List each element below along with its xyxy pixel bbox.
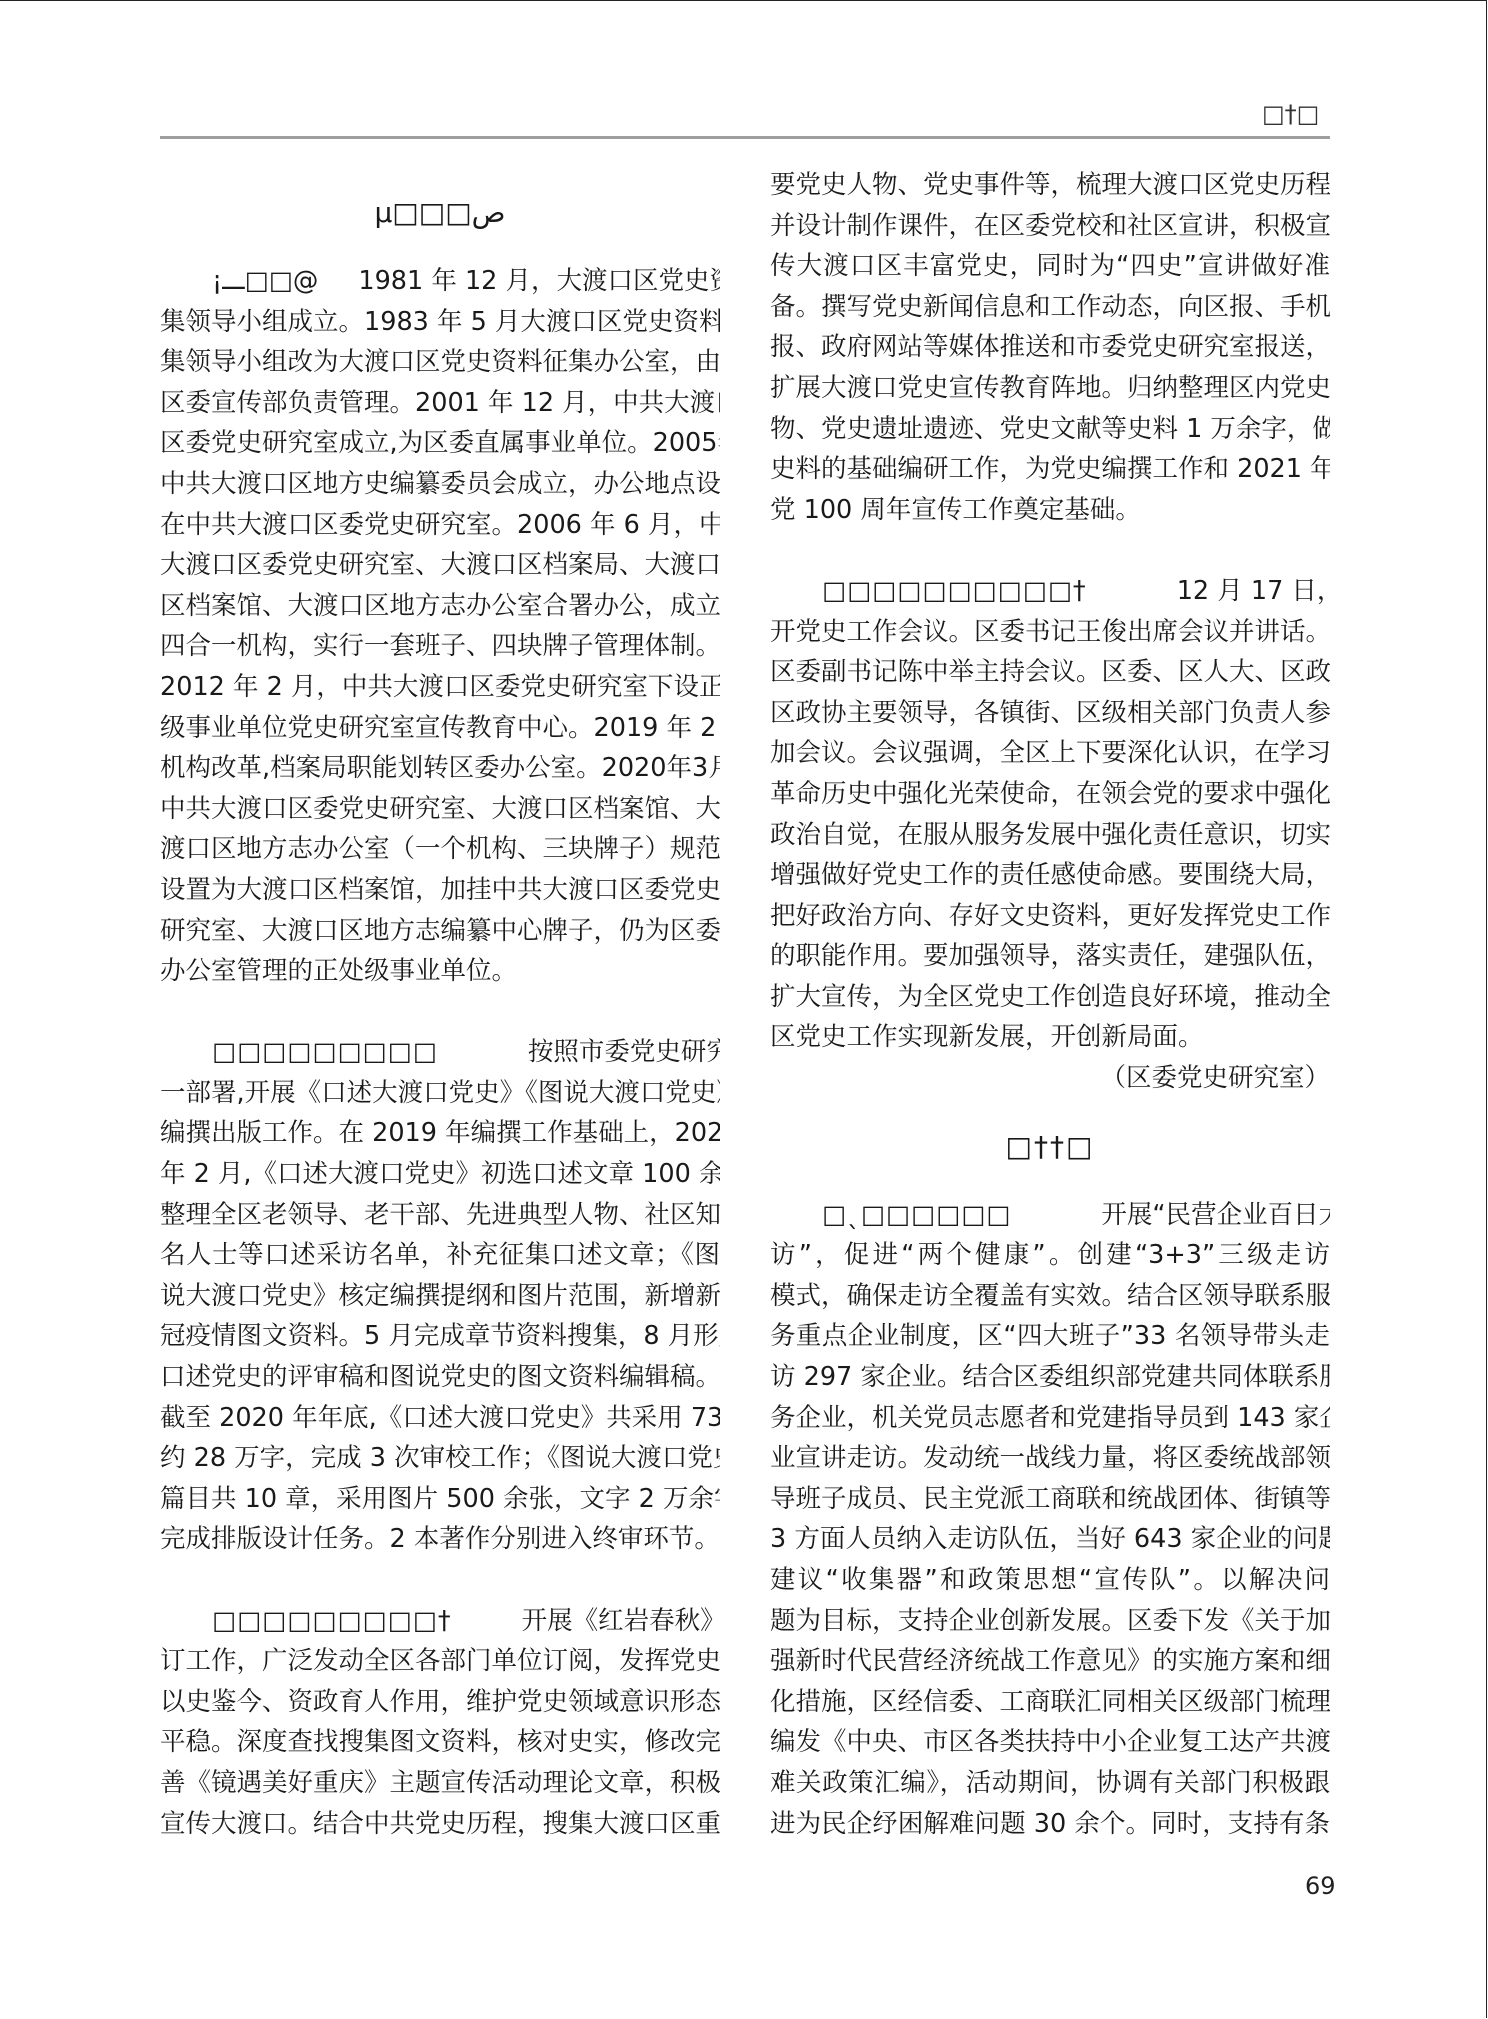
text-line: 机构改革,档案局职能划转区委办公室。2020年3月， xyxy=(160,748,720,789)
text-line: 区档案馆、大渡口区地方志办公室合署办公，成立 xyxy=(160,586,720,627)
text-line: 宣传大渡口。结合中共党史历程，搜集大渡口区重 xyxy=(160,1804,720,1845)
text-line: 化措施，区经信委、工商联汇同相关区级部门梳理 xyxy=(770,1682,1330,1723)
continuation-text: 要党史人物、党史事件等，梳理大渡口区党史历程， 并设计制作课件，在区委党校和社区… xyxy=(770,165,1330,530)
text-line: 口述党史的评审稿和图说党史的图文资料编辑稿。 xyxy=(160,1357,720,1398)
text-line: 12 月 17 日，大渡口区召 xyxy=(1177,576,1330,606)
text-line: 增强做好党史工作的责任感使命感。要围绕大局， xyxy=(770,855,1330,896)
text-line: 要党史人物、党史事件等，梳理大渡口区党史历程， xyxy=(770,165,1330,206)
text-line: 强新时代民营经济统战工作意见》的实施方案和细 xyxy=(770,1641,1330,1682)
text-line: 一部署,开展《口述大渡口党史》《图说大渡口党史》 xyxy=(160,1073,720,1114)
text-line: 约 28 万字，完成 3 次审校工作；《图说大渡口党史》 xyxy=(160,1438,720,1479)
text-line: 整理全区老领导、老干部、先进典型人物、社区知 xyxy=(160,1195,720,1236)
text-line: 业宣讲走访。发动统一战线力量，将区委统战部领 xyxy=(770,1438,1330,1479)
text-line: 集领导小组成立。1983 年 5 月大渡口区党史资料征 xyxy=(160,302,720,343)
text-line: 级事业单位党史研究室宣传教育中心。2019 年 2 月 xyxy=(160,708,720,749)
text-line: 开党史工作会议。区委书记王俊出席会议并讲话。 xyxy=(770,612,1330,653)
text-line: 篇目共 10 章，采用图片 500 余张，文字 2 万余字， xyxy=(160,1479,720,1520)
header-rule xyxy=(160,136,1330,139)
text-line: 大渡口区委党史研究室、大渡口区档案局、大渡口 xyxy=(160,545,720,586)
text-line: 编发《中央、市区各类扶持中小企业复工达产共渡 xyxy=(770,1722,1330,1763)
entry-compilation: □□□□□□□□□按照市委党史研究室的统 一部署,开展《口述大渡口党史》《图说大… xyxy=(160,1032,720,1560)
entry-lead: □ˎ□□□□□□ xyxy=(822,1195,1011,1236)
entry-first-line: □□□□□□□□□□†12 月 17 日，大渡口区召 xyxy=(770,571,1330,612)
text-line: 扩展大渡口党史宣传教育阵地。归纳整理区内党史人 xyxy=(770,368,1330,409)
text-line: 四合一机构，实行一套班子、四块牌子管理体制。 xyxy=(160,626,720,667)
text-line: 把好政治方向、存好文史资料，更好发挥党史工作 xyxy=(770,896,1330,937)
text-line: 2012 年 2 月，中共大渡口区委党史研究室下设正科 xyxy=(160,667,720,708)
source-attribution: （区委党史研究室） xyxy=(770,1058,1330,1099)
text-line: 进为民企纾困解难问题 30 余个。同时，支持有条 xyxy=(770,1804,1330,1845)
text-line: 集领导小组改为大渡口区党史资料征集办公室，由 xyxy=(160,342,720,383)
left-column: µ□□□ص ¡ـــ□□@1981 年 12 月，大渡口区党史资料征 集领导小组… xyxy=(160,165,720,1844)
text-line: 截至 2020 年年底,《口述大渡口党史》共采用 73 篇， xyxy=(160,1398,720,1439)
text-line: 中共大渡口区地方史编纂委员会成立，办公地点设 xyxy=(160,464,720,505)
text-line: 设置为大渡口区档案馆，加挂中共大渡口区委党史 xyxy=(160,870,720,911)
section-title-left: µ□□□ص xyxy=(160,193,720,233)
text-line: 名人士等口述采访名单，补充征集口述文章；《图 xyxy=(160,1235,720,1276)
text-line: 完成排版设计任务。2 本著作分别进入终审环节。 xyxy=(160,1519,720,1560)
text-line: 建议“收集器”和政策思想“宣传队”。以解决问 xyxy=(770,1560,1330,1601)
entry-lead: □□□□□□□□□□† xyxy=(822,571,1087,612)
entry-institution: ¡ـــ□□@1981 年 12 月，大渡口区党史资料征 集领导小组成立。198… xyxy=(160,261,720,992)
running-header: □†□ xyxy=(1262,100,1319,128)
text-line: 政治自觉，在服从服务发展中强化责任意识，切实 xyxy=(770,815,1330,856)
text-line: 冠疫情图文资料。5 月完成章节资料搜集，8 月形成 xyxy=(160,1316,720,1357)
text-line: 区委副书记陈中举主持会议。区委、区人大、区政府、 xyxy=(770,652,1330,693)
text-line: 开展“民营企业百日大走 xyxy=(1101,1200,1330,1230)
text-line: 题为目标，支持企业创新发展。区委下发《关于加 xyxy=(770,1601,1330,1642)
text-line: 物、党史遗址遗迹、党史文献等史料 1 万余字，做好 xyxy=(770,409,1330,450)
text-line: 年 2 月,《口述大渡口党史》初选口述文章 100 余篇， xyxy=(160,1154,720,1195)
entry-first-line: □ˎ□□□□□□开展“民营企业百日大走 xyxy=(770,1195,1330,1236)
page-number: 69 xyxy=(1305,1872,1336,1900)
text-line: 务重点企业制度，区“四大班子”33 名领导带头走 xyxy=(770,1316,1330,1357)
text-line: 办公室管理的正处级事业单位。 xyxy=(160,951,720,992)
entry-publicity: □□□□□□□□□†开展《红岩春秋》杂志征 订工作，广泛发动全区各部门单位订阅，… xyxy=(160,1601,720,1845)
entry-first-line: ¡ـــ□□@1981 年 12 月，大渡口区党史资料征 xyxy=(160,261,720,302)
entry-meeting: □□□□□□□□□□†12 月 17 日，大渡口区召 开党史工作会议。区委书记王… xyxy=(770,571,1330,1099)
section-title-right: □††□ xyxy=(770,1127,1330,1167)
text-line: 编撰出版工作。在 2019 年编撰工作基础上，2020 xyxy=(160,1113,720,1154)
text-line: 史料的基础编研工作，为党史编撰工作和 2021 年建 xyxy=(770,449,1330,490)
text-line: 研究室、大渡口区地方志编纂中心牌子，仍为区委 xyxy=(160,911,720,952)
text-line: 难关政策汇编》，活动期间，协调有关部门积极跟 xyxy=(770,1763,1330,1804)
entry-lead: ¡ـــ□□@ xyxy=(212,261,318,302)
text-line: 1981 年 12 月，大渡口区党史资料征 xyxy=(358,266,720,296)
text-line: 平稳。深度查找搜集图文资料，核对史实，修改完 xyxy=(160,1722,720,1763)
text-line: 传大渡口区丰富党史，同时为“四史”宣讲做好准 xyxy=(770,246,1330,287)
text-line: 订工作，广泛发动全区各部门单位订阅，发挥党史 xyxy=(160,1641,720,1682)
text-line: 区政协主要领导，各镇街、区级相关部门负责人参 xyxy=(770,693,1330,734)
text-line: 渡口区地方志办公室（一个机构、三块牌子）规范 xyxy=(160,829,720,870)
text-line: 并设计制作课件，在区委党校和社区宣讲，积极宣 xyxy=(770,206,1330,247)
text-line: 报、政府网站等媒体推送和市委党史研究室报送， xyxy=(770,327,1330,368)
text-line: 开展《红岩春秋》杂志征 xyxy=(522,1606,720,1636)
entry-first-line: □□□□□□□□□按照市委党史研究室的统 xyxy=(160,1032,720,1073)
text-line: 扩大宣传，为全区党史工作创造良好环境，推动全 xyxy=(770,977,1330,1018)
entry-enterprise: □ˎ□□□□□□开展“民营企业百日大走 访”，促进“两个健康”。创建“3+3”三… xyxy=(770,1195,1330,1845)
text-line: 说大渡口党史》核定编撰提纲和图片范围，新增新 xyxy=(160,1276,720,1317)
text-line: 备。撰写党史新闻信息和工作动态，向区报、手机 xyxy=(770,287,1330,328)
text-line: 在中共大渡口区委党史研究室。2006 年 6 月，中共 xyxy=(160,505,720,546)
text-line: 3 方面人员纳入走访队伍，当好 643 家企业的问题 xyxy=(770,1519,1330,1560)
text-line: 模式，确保走访全覆盖有实效。结合区领导联系服 xyxy=(770,1276,1330,1317)
text-line: 中共大渡口区委党史研究室、大渡口区档案馆、大 xyxy=(160,789,720,830)
text-line: 按照市委党史研究室的统 xyxy=(528,1037,720,1067)
entry-first-line: □□□□□□□□□†开展《红岩春秋》杂志征 xyxy=(160,1601,720,1642)
text-line: 区委宣传部负责管理。2001 年 12 月，中共大渡口 xyxy=(160,383,720,424)
text-line: 访 297 家企业。结合区委组织部党建共同体联系服 xyxy=(770,1357,1330,1398)
entry-lead: □□□□□□□□□† xyxy=(212,1601,452,1642)
text-line: 善《镜遇美好重庆》主题宣传活动理论文章，积极 xyxy=(160,1763,720,1804)
entry-lead: □□□□□□□□□ xyxy=(212,1032,438,1073)
text-line: 的职能作用。要加强领导，落实责任，建强队伍， xyxy=(770,936,1330,977)
text-line: 加会议。会议强调，全区上下要深化认识，在学习 xyxy=(770,733,1330,774)
text-line: 党 100 周年宣传工作奠定基础。 xyxy=(770,490,1330,531)
text-line: 务企业，机关党员志愿者和党建指导员到 143 家企 xyxy=(770,1398,1330,1439)
text-line: 导班子成员、民主党派工商联和统战团体、街镇等 xyxy=(770,1479,1330,1520)
text-line: 区党史工作实现新发展，开创新局面。 xyxy=(770,1017,1330,1058)
right-column: 要党史人物、党史事件等，梳理大渡口区党史历程， 并设计制作课件，在区委党校和社区… xyxy=(770,165,1330,1844)
text-line: 以史鉴今、资政育人作用，维护党史领域意识形态 xyxy=(160,1682,720,1723)
text-line: 区委党史研究室成立,为区委直属事业单位。2005年， xyxy=(160,423,720,464)
text-line: 革命历史中强化光荣使命，在领会党的要求中强化 xyxy=(770,774,1330,815)
text-line: 访”，促进“两个健康”。创建“3+3”三级走访 xyxy=(770,1235,1330,1276)
